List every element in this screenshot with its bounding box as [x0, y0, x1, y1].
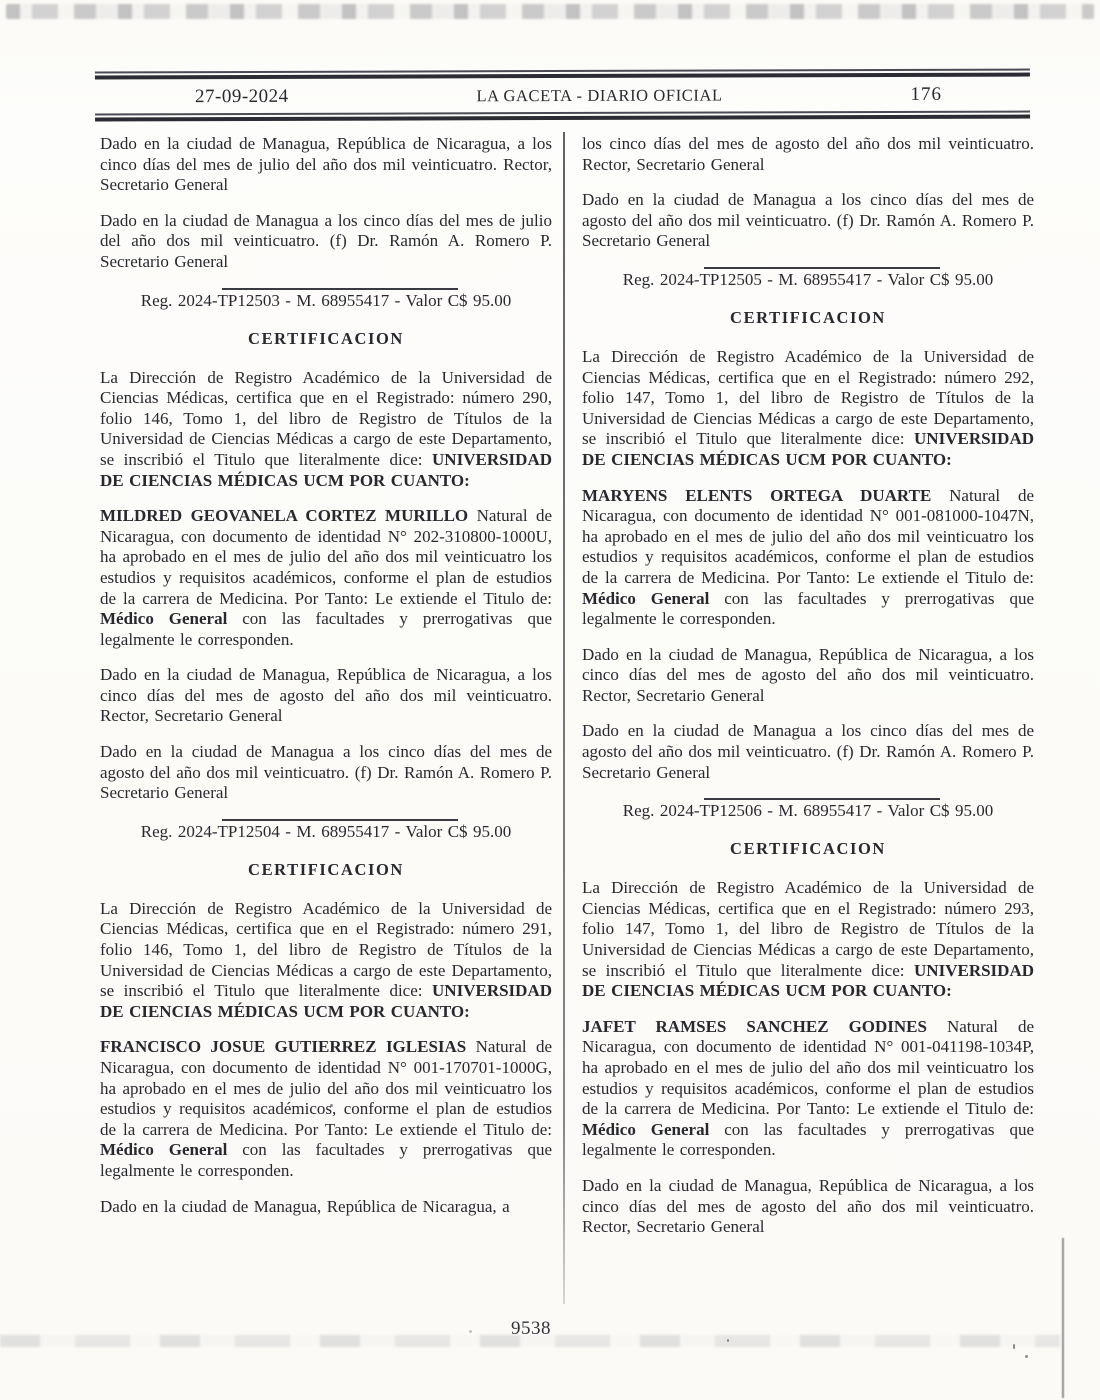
paragraph: los cinco días del mes de agosto del año… [582, 134, 1034, 175]
registration-text: Reg. 2024-TP12505 - M. 68955417 - Valor … [582, 268, 1034, 291]
paragraph: MILDRED GEOVANELA CORTEZ MURILLO Natural… [100, 506, 552, 650]
paragraph: Dado en la ciudad de Managua, República … [582, 1176, 1034, 1238]
content-columns: Dado en la ciudad de Managua, República … [100, 134, 1035, 1253]
header-page-number: 176 [910, 84, 942, 106]
certification-heading: CERTIFICACION [100, 860, 552, 880]
scan-speck [1025, 1355, 1028, 1358]
paragraph: Dado en la ciudad de Managua, República … [582, 645, 1034, 707]
scan-noise-band [6, 4, 1094, 19]
paragraph: MARYENS ELENTS ORTEGA DUARTE Natural de … [582, 486, 1034, 630]
paragraph: Dado en la ciudad de Managua a los cinco… [582, 721, 1034, 783]
signature-rule [704, 267, 940, 269]
certification-heading: CERTIFICACION [582, 308, 1034, 328]
paragraph: Dado en la ciudad de Managua, República … [100, 1197, 552, 1218]
right-column: los cinco días del mes de agosto del año… [582, 134, 1034, 1253]
certification-heading: CERTIFICACION [100, 329, 552, 349]
registration-text: Reg. 2024-TP12504 - M. 68955417 - Valor … [100, 820, 552, 843]
certification-heading: CERTIFICACION [582, 839, 1034, 859]
scan-speck [1013, 1344, 1015, 1349]
header-date: 27-09-2024 [195, 86, 289, 108]
registration-line: Reg. 2024-TP12505 - M. 68955417 - Valor … [582, 267, 1034, 291]
signature-rule [704, 798, 940, 800]
paragraph: Dado en la ciudad de Managua a los cinco… [100, 742, 552, 804]
registration-text: Reg. 2024-TP12506 - M. 68955417 - Valor … [582, 799, 1034, 822]
scan-speck [330, 1104, 333, 1107]
gazette-page: 27-09-2024 LA GACETA - DIARIO OFICIAL 17… [0, 0, 1100, 1400]
registration-line: Reg. 2024-TP12503 - M. 68955417 - Valor … [100, 288, 552, 312]
header-rule-bottom-thick [95, 115, 1030, 122]
scan-speck [727, 1339, 729, 1342]
paragraph: Dado en la ciudad de Managua, República … [100, 134, 552, 196]
paragraph: La Dirección de Registro Académico de la… [582, 878, 1034, 1002]
scan-speck [469, 1330, 472, 1333]
registration-text: Reg. 2024-TP12503 - M. 68955417 - Valor … [100, 289, 552, 312]
scan-edge-streak [1062, 1238, 1064, 1398]
page-header: 27-09-2024 LA GACETA - DIARIO OFICIAL 17… [95, 69, 1030, 122]
paragraph: La Dirección de Registro Académico de la… [582, 347, 1034, 471]
paragraph: Dado en la ciudad de Managua a los cinco… [100, 211, 552, 273]
header-title: LA GACETA - DIARIO OFICIAL [476, 85, 722, 106]
paragraph: La Dirección de Registro Académico de la… [100, 899, 552, 1023]
signature-rule [222, 288, 458, 290]
scan-noise-band-bottom [0, 1335, 1060, 1347]
paragraph: FRANCISCO JOSUE GUTIERREZ IGLESIAS Natur… [100, 1037, 552, 1181]
registration-line: Reg. 2024-TP12504 - M. 68955417 - Valor … [100, 819, 552, 843]
signature-rule [222, 819, 458, 821]
registration-line: Reg. 2024-TP12506 - M. 68955417 - Valor … [582, 798, 1034, 822]
left-column: Dado en la ciudad de Managua, República … [100, 134, 552, 1253]
paragraph: Dado en la ciudad de Managua a los cinco… [582, 190, 1034, 252]
paragraph: La Dirección de Registro Académico de la… [100, 368, 552, 492]
paragraph: Dado en la ciudad de Managua, República … [100, 665, 552, 727]
paragraph: JAFET RAMSES SANCHEZ GODINES Natural de … [582, 1017, 1034, 1161]
